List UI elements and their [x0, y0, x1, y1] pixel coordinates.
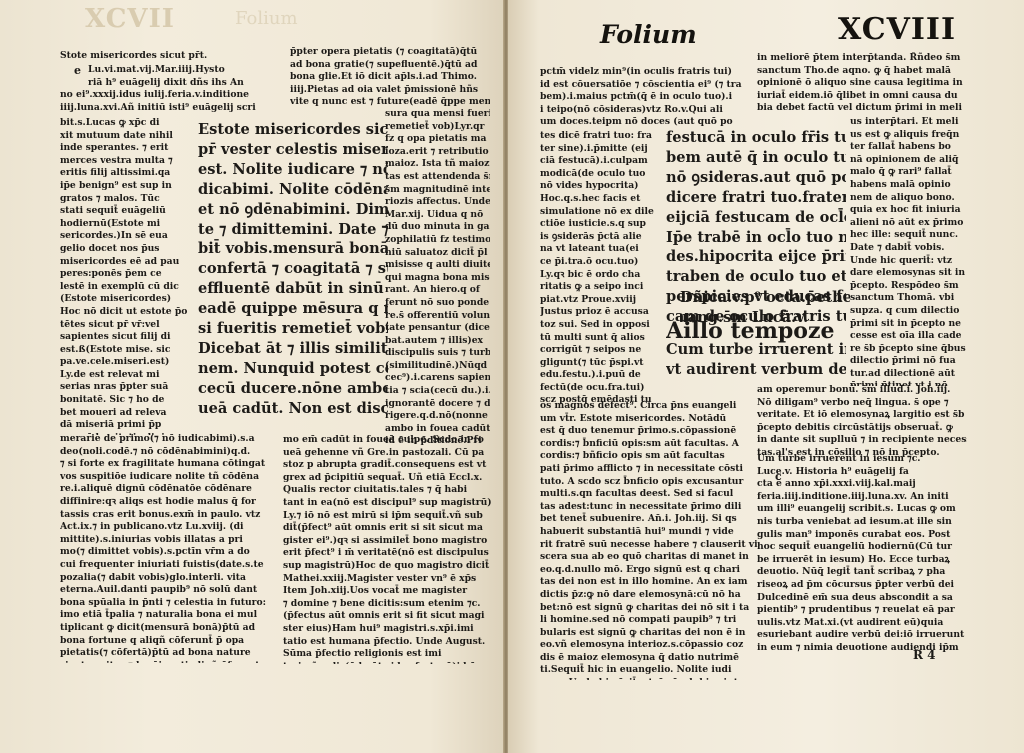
right-col1-top: pctm̄ videlz min⁹(in oculis fratris tui)… [540, 66, 760, 130]
text-line: sicut sanitas ⁊ hmōi q eti aliqñ p̄ferun… [60, 660, 280, 663]
folio-number: XCVIII [838, 12, 956, 47]
text-line: diffinire:qꝛ aliqs est hodie malus q̄ fo… [60, 496, 280, 509]
text-line: eadē quippe mēsura q me [198, 299, 388, 319]
text-line: riseoꝝ ad p̄m cōcursus p̄pter verbū dei [757, 579, 967, 592]
book-spread: XCVII Folium e Stote misericordes sicut … [0, 0, 1024, 753]
text-line: in eum ⁊ nimia deuotione audiendi ip̄m [757, 642, 967, 655]
text-line: des.hipocrita eijce p̄rimū [666, 247, 846, 267]
left-scripture-text: Estote misericordes sicut ⁊pr̄ vester ce… [198, 120, 388, 420]
text-line: bet:nō est signū ꝙ charitas dei nō sit i… [540, 602, 760, 615]
text-line: feria.iiij.inditione.iiij.luna.xv. An in… [757, 491, 967, 504]
text-line: no ei⁹.xxxij.idus iulij.feria.v.indition… [60, 89, 275, 102]
text-line: os magnos defect⁹. Circa p̄ns euangeli [540, 400, 760, 413]
ghost-folio-header: XCVII [85, 4, 175, 34]
text-line: p̄pter opera pietatis (⁊ coagitatā)q̄tū [290, 46, 490, 59]
text-line: bona glie.Et iō dicit ap̄ls.i.ad Thimo. [290, 71, 490, 84]
text-line: in dante sit suplluū ⁊ in recipiente nec… [757, 434, 967, 447]
text-line: eritis filij altissimi.qa [60, 167, 188, 180]
text-line: iiij.Pietas ad oia valet p̄missionē hñs [290, 84, 490, 97]
text-line: scera sua ab eo quō charitas di manet in [540, 551, 760, 564]
text-line: habuerit substantiā hui⁹ mundi ⁊ vide [540, 526, 760, 539]
text-line: dit̄(p̄fect⁹ aūt omnis erit si sit sicut… [283, 522, 493, 535]
text-line: misisse q aulti diuites [385, 259, 490, 272]
text-line: Dulcedinē em̄ sua deus abscondit a sa [757, 592, 967, 605]
text-line: pozalia(⁊ dabit vobis)glo.interli. vita [60, 572, 280, 585]
left-col2-bottom: mo em̄ cadūt in foueā culpe. Scdo in fou… [283, 434, 493, 664]
text-line: tant in ea(nō est discipul⁹ sup magistrū… [283, 497, 493, 510]
text-line: tas est attendenda s̄m [385, 171, 490, 184]
rubric-line: Dñica.v.p⁹ octa.p̄ethe. [680, 288, 850, 308]
text-line: bit.s.Lucas ꝙ xp̄c di [60, 117, 188, 130]
text-line: nō vides hypocrita) [540, 180, 662, 193]
text-line: in meliorē p̄tem interp̄tanda. R̄ñdeo s̄… [757, 52, 967, 65]
text-line: nem de aliquo bono. [850, 192, 968, 205]
text-line: Act.ix.⁊ in publicano.vtz Lu.xviij. (di [60, 521, 280, 534]
text-line: na vt lateant tua(ei [540, 243, 662, 256]
text-line: bem).i.maius pctm̄(q̄ ē in oculo tuo).i [540, 91, 760, 104]
text-line: fectū(de ocu.fra.tui) [540, 382, 662, 395]
text-line: i teipo(nō cōsideras)vtz Ro.v.Qui ali [540, 104, 760, 117]
text-line: (p̄fectus aūt omnis erit si fit sicut ma… [283, 610, 493, 623]
text-line: remetiet̄ vob)Lyr.qr [385, 121, 490, 134]
text-line: p̄cepto. Respōdeo s̄m [850, 280, 968, 293]
text-line: qui magna bona mise [385, 272, 490, 285]
text-line: malo q̄ ꝙ rari⁹ fallat̄ [850, 166, 968, 179]
text-line: iiij.luna.xvi.Añ initiū isti⁹ euāgelij s… [60, 102, 275, 115]
text-line: stoz p abrupta gradit̄.consequens est vt [283, 459, 493, 472]
text-line: zophilatiū fz testimo [385, 234, 490, 247]
text-line: cui frequenter iniuriati fuistis(date.s.… [60, 559, 280, 572]
text-line: opinionē ō aliquo sine causa legitima in [757, 77, 967, 90]
text-line: eijciā festucam de ocl̄o tuo. [666, 208, 846, 228]
text-line: pientib⁹ ⁊ prudentibus ⁊ reuelat eā par [757, 604, 967, 617]
text-line: hodiernū(Estote mi [60, 218, 188, 231]
text-line: lus super magistrū. Perfe [198, 419, 388, 420]
text-line: habens malā opinio [850, 179, 968, 192]
text-line: tētes sicut pr̄ vr̄:vel [60, 319, 188, 332]
text-line: re s̄b p̄cepto sine q̄bus [850, 343, 968, 356]
text-line: Mar.xij. Uidua q nō [385, 209, 490, 222]
text-line: li homine.sed nō compati paupib⁹ ⁊ tri [540, 614, 760, 627]
text-line: us est ꝙ aliquis freq̄n [850, 129, 968, 142]
text-line: cecū ducere.nōne ambo i fo [198, 379, 388, 399]
text-line: gulis man⁹ imponēs curabat eos. Post [757, 529, 967, 542]
text-line: dicabimi. Nolite cōdēnare [198, 180, 388, 200]
text-line: gligunt(⁊ tūc p̄spi.vt [540, 357, 662, 370]
text-line: effluentē dabūt in sinū vr̄m [198, 279, 388, 299]
text-line: tia ⁊ scia(cecū du.).i. [385, 385, 490, 398]
text-line: bem autē q̄ in oculo tuo est [666, 148, 846, 168]
text-line: Stote misericordes sicut pr̄t. [60, 50, 275, 63]
running-headword: Folium [600, 20, 697, 49]
text-line: is ꝯsiderās p̄ctā alie [540, 231, 662, 244]
text-line: ter fallat̄ habens bo [850, 141, 968, 154]
text-line: Sūma p̄fectio religionis est imi [283, 648, 493, 661]
left-col1-first-line: Stote misericordes sicut pr̄t. [60, 50, 275, 64]
text-line: pietatis(⁊ cōfertā)p̄tū ad bona nature [60, 647, 280, 660]
text-line: be irruerēt in iesum) Ho. Ecce turbaꝝ [757, 554, 967, 567]
text-line: dis ē maioz elemosyna q̄ datio nutrimē [540, 652, 760, 665]
right-col1-bottom: os magnos defect⁹. Circa p̄ns euangelium… [540, 400, 760, 680]
text-line: ignorantē docere ⁊ di [385, 398, 490, 411]
text-line: toz sui. Sed in opposi [540, 319, 662, 332]
text-line: sapientes sicut filij di [60, 331, 188, 344]
text-line: rit fratrē suū necesse habere ⁊ clauseri… [540, 539, 760, 552]
text-line: est. Nolite iudicare ⁊ nō iu [198, 160, 388, 180]
text-line: rigere.q.d.nō(nonne [385, 410, 490, 423]
text-line: Hoc.q.s.hec facis et [540, 193, 662, 206]
text-line: ueā cadūt. Non est discipu [198, 399, 388, 419]
right-col2-gospel: Um turbe irruerent in iesum ⁊c.Luce.v. H… [757, 453, 967, 658]
text-line: tes dicē fratri tuo: fra [540, 130, 662, 143]
text-line: ti.Sequit̄ hic in euangelio. Nolite iudi [540, 664, 760, 677]
text-line: Um turbe irruerent in iesum ⁊c. [757, 453, 967, 466]
text-line: bonitatē. Sic ⁊ ho de [60, 394, 188, 407]
text-line: Ly.⁊ iō nō est mirū si ip̄m sequit̄.vñ s… [283, 510, 493, 523]
text-line: ce p̄i.tra.ō ocu.tuo) [540, 256, 662, 269]
text-line: edu.festu.).i.puū de [540, 369, 662, 382]
text-line: deuotio. Nūq̄ legit̄ tant̄ scribaꝝ ⁊ pha [757, 566, 967, 579]
text-line: est q̄ duo tenemur p̄rimo.s.cōpassionē [540, 425, 760, 438]
text-line: nem. Nunquid potest cecus [198, 359, 388, 379]
text-line: modicā(de oculo tuo [540, 168, 662, 181]
text-line: merarie de primo(⁊ nō iudicabimi).s.a [60, 433, 280, 446]
text-line: niū saluatoz dicit̄ p̄l [385, 247, 490, 260]
text-line: nā opinionem de aliq̄ [850, 154, 968, 167]
text-line: gister ei⁹.)qꝛ si assimilet̄ bono magist… [283, 535, 493, 548]
text-line: festucā in oculo fr̄is tui:tra [666, 128, 846, 148]
text-line: (Estote misericordes) [60, 293, 188, 306]
text-line: cesse est oīa illa cade [850, 330, 968, 343]
text-line: tiplicant ꝙ dicit(mensurā bonā)p̄tū ad [60, 622, 280, 635]
left-col2-top: p̄pter opera pietatis (⁊ coagitatā)q̄tūa… [290, 46, 490, 110]
text-line: bat.autem ⁊ illis)ex [385, 335, 490, 348]
text-line: mittite).s.iniurias vobis illatas a pri [60, 534, 280, 547]
text-line: alieni nō aūt ex p̄rimo [850, 217, 968, 230]
text-line: pr̄ vester celestis misericors [198, 140, 388, 160]
text-line: p̄cepto debitis circūstātijs obseruat̄. … [757, 422, 967, 435]
text-line: serias nras p̄pter suā [60, 381, 188, 394]
text-line: vos suspitiōe iudicare nolite tñ cōdēna [60, 471, 280, 484]
text-line: id est cōuersatiōe ⁊ cōscientia ei⁹ (⁊ t… [540, 79, 760, 92]
text-line: traben de oculo tuo et tunc [666, 267, 846, 287]
text-line: bona fortune q aliqñ cōferunt̄ p̄ opa [60, 635, 280, 648]
text-line: confertā ⁊ coagitatā ⁊ sup [198, 259, 388, 279]
text-line: Lu.vi.mat.vij.Mar.iiij.Hysto [60, 64, 275, 77]
text-line: si fueritis remetiet̄ vobis. [198, 319, 388, 339]
text-line: merces vestra multa ⁊ [60, 155, 188, 168]
right-col2-top: in meliorē p̄tem interp̄tanda. R̄ñdeo s̄… [757, 52, 967, 116]
text-line: Ly.de est relevat mi [60, 369, 188, 382]
signature-mark: R 4 [913, 648, 936, 662]
text-line: sura qua mensi fuerit [385, 108, 490, 121]
text-line: tari qñ colis(q̄d aūt vides festucā)id ē [283, 661, 493, 664]
ghost-headword: Folium [235, 8, 298, 29]
text-line: bona spūalia in p̄nti ⁊ celestia in futu… [60, 597, 280, 610]
text-line: pctm̄ videlz min⁹(in oculis fratris tui) [540, 66, 760, 79]
text-line: cordis:⁊ bñficio opis sm aūt facultas [540, 450, 760, 463]
text-line: uulis.vtz Mat.xi.(vt audirent eū)quia [757, 617, 967, 630]
text-line: sup magistrū)Hoc de quo magistro dicit̄ [283, 560, 493, 573]
text-line: misericordes eē ad pau [60, 256, 188, 269]
text-line: peres:ponēs p̄em ce [60, 268, 188, 281]
text-line: us interp̄tari. Et meli [850, 116, 968, 129]
text-line: tū multi sunt q̄ alios [540, 332, 662, 345]
text-line: eo.vñ elemosyna interioz.s.cōpassio coz [540, 639, 760, 652]
text-line: Estote misericordes sicut ⁊ [198, 120, 388, 140]
text-line: Luce.v. Historia h⁹ euāgelij fa [757, 466, 967, 479]
text-line: xit mutuum date nihil [60, 130, 188, 143]
text-line: ritatis ꝙ a seipo inci [540, 281, 662, 294]
text-line: inde sperantes. ⁊ erit [60, 142, 188, 155]
text-line: erit p̄fect⁹ i m̄ veritatē(nō est discip… [283, 547, 493, 560]
text-line: bit̄ vobis.mensurā bonā ⁊ [198, 239, 388, 259]
text-line: Hoc nō dicit ut estote p̄o [60, 306, 188, 319]
text-line: cordis:⁊ b̄nficiū opis:sm aūt facultas. … [540, 438, 760, 451]
text-line: pati p̄rimo afflicto ⁊ in necessitate cō… [540, 463, 760, 476]
text-line: ferunt nō suo ponde [385, 297, 490, 310]
text-line: sanctum Tho.de aqno. ꝙ q̄ habet malā [757, 65, 967, 78]
right-col2-narrow: us interp̄tari. Et melius est ꝙ aliquis … [850, 116, 968, 386]
text-line: et nō ꝯdēnabimini. Dimitti [198, 200, 388, 220]
text-line: bia debet factū vel dictum p̄rimi in mel… [757, 102, 967, 115]
text-line: ster eius)Ham hui⁹ magistri.s.xp̄i.imi [283, 623, 493, 636]
text-line: bet tenet̄ subuenire. An̄.i. Joh.iij. Si… [540, 513, 760, 526]
text-line: pa.ve.cele.miseri.est) [60, 356, 188, 369]
text-line: bularis est signū ꝙ charitas dei non ē i… [540, 627, 760, 640]
text-line: tatio est humana p̄fectio. Unde August. [283, 636, 493, 649]
text-line: um illi⁹ euangelij scribit.s. Lucas ꝙ om [757, 503, 967, 516]
text-line: piat.vtz Proue.xviij [540, 294, 662, 307]
text-line: stati sequit̄ euāgeliū [60, 205, 188, 218]
text-line: (similitudinē.)Nūqd pot [385, 360, 490, 373]
text-line: lestē in exemplū cū dic [60, 281, 188, 294]
text-line: dā miseriā primi p̄p [60, 419, 188, 432]
text-line: nis turba veniebat ad iesum.at ille sin [757, 516, 967, 529]
text-line: sanctum Thomā. vbi [850, 292, 968, 305]
text-line: imo etiā t̄palia ⁊ naturalia bona ei mul [60, 609, 280, 622]
text-line: dicere fratri tuo.frater sine [666, 188, 846, 208]
text-line: mo(⁊ dimittet vobis).s.pctīn vr̄m a do [60, 546, 280, 559]
text-line: Qualis rector ciuitatis.tales ⁊ q̄ habi [283, 484, 493, 497]
text-line: Nō diligam⁹ verbo neq̄ lingua. s̄ ope ⁊ [757, 397, 967, 410]
text-line: ⁊ si forte ex fragilitate humana cōtinga… [60, 458, 280, 471]
text-line: veritate. Et iō elemosynaꝝ largitio est … [757, 409, 967, 422]
text-line: p̄rimi sit in p̄cepto ne [850, 318, 968, 331]
text-line: tate pensantur (dice [385, 322, 490, 335]
right-col1-narrow: tes dicē fratri tuo: frater sine).i.p̄mi… [540, 130, 662, 410]
text-line: rant. An hiero.q of [385, 284, 490, 297]
text-line: care. Unde hic q̄rit̄. vtrū oīa dubia si… [540, 677, 760, 680]
incipit-lines: Cum turbe irruerent in iesū vt audirent … [666, 340, 846, 380]
text-line: simulatione nō ex dile [540, 206, 662, 219]
text-line: mo em̄ cadūt in foueā culpe. Scdo in fo [283, 434, 493, 447]
text-line: tassis cras erit bonus.exm̄ in paulo. vt… [60, 509, 280, 522]
text-line: supza. q cum dilectio [850, 305, 968, 318]
text-line: dū duo minuta in ga [385, 221, 490, 234]
text-line: hoc sequit̄ euangeliū hodiernū(Cū tur [757, 541, 967, 554]
text-line: riozis affectus. Unde [385, 196, 490, 209]
text-line: Justus prioz ē accusa [540, 306, 662, 319]
text-line: Item Joh.xiij.Uos vocat̄ me magister [283, 585, 493, 598]
text-line: ctiōe iusticie.s.q sup [540, 218, 662, 231]
text-line: ciā festucā).i.culpam [540, 155, 662, 168]
left-page: XCVII Folium e Stote misericordes sicut … [0, 0, 505, 753]
text-line: deo(noli.codē.⁊ nō cōdēnabimini)q.d. [60, 446, 280, 459]
text-line: discipulis suis ⁊ turb [385, 347, 490, 360]
text-line: est.ß(Estote mise. sic [60, 344, 188, 357]
text-line: multi.s.qn facultas deest. Sed si facul [540, 488, 760, 501]
text-line: maioz. Ista tñ maiozi [385, 158, 490, 171]
left-col1-narrow: bit.s.Lucas ꝙ xp̄c dixit mutuum date nih… [60, 117, 188, 435]
text-line: te ⁊ dimittemini. Date ⁊ da [198, 220, 388, 240]
text-line: sericordes.)In sē eua [60, 230, 188, 243]
text-line: Ly.qꝛ bic ē ordo cha [540, 269, 662, 282]
text-line: vt audirent verbum dei. [666, 360, 846, 380]
text-line: nō ꝯsideras.aut quō potes [666, 168, 846, 188]
text-line: cec⁹).i.carens sapien [385, 372, 490, 385]
text-line: Unde hic querit̄: vtz [850, 255, 968, 268]
text-line: cta ē anno xp̄i.xxxi.viij.kal.maij [757, 478, 967, 491]
text-line: dilectio p̄rimi nō fua [850, 355, 968, 368]
text-line: Cum turbe irruerent in iesū [666, 340, 846, 360]
text-line: Ip̄e trabē in ocl̄o tuo nō vi [666, 228, 846, 248]
text-line: eterna.Auil.danti paupib⁹ nō solū dant [60, 584, 280, 597]
text-line: gratos ⁊ malos. Tūc [60, 193, 188, 206]
text-line: ueā gehenne vñ Gre.in pastozali. Cū pa [283, 447, 493, 460]
text-line: ad bona gratie(⁊ supefluentē.)q̄tū ad [290, 59, 490, 72]
text-line: re.s̄ offerentiū volun [385, 310, 490, 323]
text-line: quia ex hoc fit iniuria [850, 204, 968, 217]
text-line: s̄m magnitudinē inte [385, 184, 490, 197]
text-line: ioza.erit ⁊ retributio [385, 146, 490, 159]
text-line: gelio docet nos p̄us [60, 243, 188, 256]
text-line: dictis p̄z:ꝙ nō dare elemosynā:cū nō ha [540, 589, 760, 602]
text-line: ip̄e benign⁹ est sup in [60, 180, 188, 193]
text-line: esuriebant audire verbū dei:iō irruerunt [757, 629, 967, 642]
text-line: hec ille: sequit̄ nunc. [850, 229, 968, 242]
text-line: fz q opa pietatis ma [385, 133, 490, 146]
text-line: dare elemosynas sit in [850, 267, 968, 280]
text-line: tuto. A scdo scz b̄nficio opis excusantu… [540, 476, 760, 489]
left-col2-narrow: sura qua mensi fueritremetiet̄ vob)Lyr.q… [385, 108, 490, 448]
text-line: tas adest:tunc in necessitate p̄rimo dil… [540, 501, 760, 514]
text-line: Dicebat āt ⁊ illis similitudi [198, 339, 388, 359]
text-line: am operemur bonū. s̄m illud.i. Joh.iij. [757, 384, 967, 397]
text-line: ter sine).i.p̄mitte (eij [540, 143, 662, 156]
text-line: um vt̄r. Estote misericordes. Notādū [540, 413, 760, 426]
text-line: Mathei.xxiij.Magister vester vn⁹ ē xp̄s [283, 573, 493, 586]
text-line: iuriat̄ eidem.iō q̄libet in omni causa d… [757, 90, 967, 103]
text-line: tas dei non est in illo homine. An ex ia… [540, 576, 760, 589]
text-line: ⁊ domine ⁊ bene dicitis:sum etenim ⁊c. [283, 598, 493, 611]
text-line: bet moueri ad releva [60, 407, 188, 420]
text-line: tur.ad dilectionē aūt [850, 368, 968, 381]
text-line: re.i.aliquē dignū cōdēnatōe cōdēnare [60, 483, 280, 496]
text-line: riā h⁹ euāgelij dixit dñs ihs An [60, 77, 275, 90]
left-col1-bottom: merarie de primo(⁊ nō iudicabimi).s.adeo… [60, 433, 280, 663]
text-line: eo.q.d.nullo mō. Ergo signū est q chari [540, 564, 760, 577]
text-line: grex ad p̄cipitiū sequat̄. Uñ etiā Eccl.… [283, 472, 493, 485]
right-col2-bottom: am operemur bonū. s̄m illud.i. Joh.iij.N… [757, 384, 967, 464]
text-line: corrigūt ⁊ seipos ne [540, 344, 662, 357]
text-line: Date ⁊ dabit̄ vobis. [850, 242, 968, 255]
